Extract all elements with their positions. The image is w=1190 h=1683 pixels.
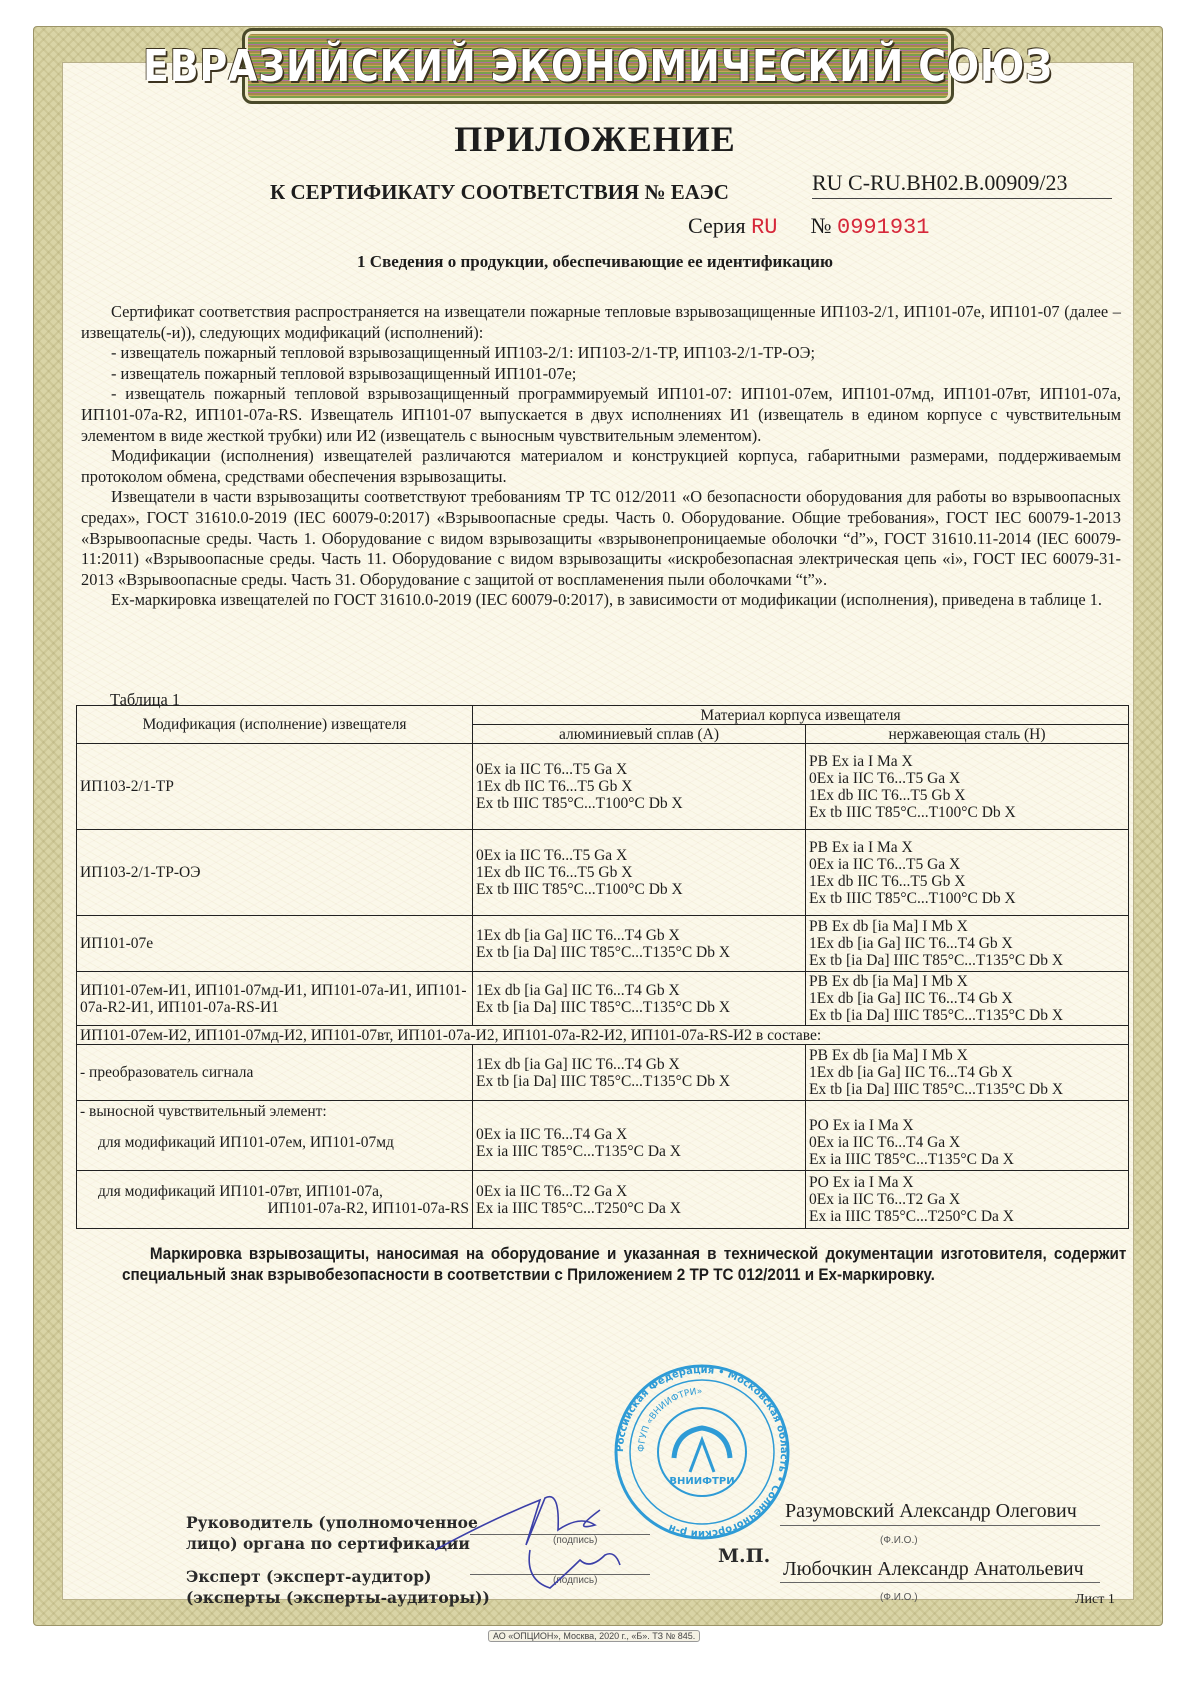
modification-cell: ИП103-2/1-ТР (77, 744, 473, 830)
number-label: № (811, 213, 832, 238)
table-row: - выносной чувствительный элемент: для м… (77, 1101, 1129, 1171)
span-cell: ИП101-07ем-И2, ИП101-07мд-И2, ИП101-07вт… (77, 1026, 1129, 1045)
marking-line: Ex ia IIIC T85°C...T250°C Da X (476, 1200, 802, 1217)
banner-text: ЕВРАЗИЙСКИЙ ЭКОНОМИЧЕСКИЙ СОЮЗ (143, 41, 1053, 92)
steel-cell: PB Ex db [ia Ma] I Mb X1Ex db [ia Ga] II… (806, 1045, 1129, 1101)
header-material: Материал корпуса извещателя (473, 706, 1129, 725)
series-label: Серия (688, 213, 746, 238)
marking-line: PB Ex ia I Ma X (809, 753, 1125, 770)
table-row: ИП103-2/1-ТР 0Ex ia IIC T6...T5 Ga X1Ex … (77, 744, 1129, 830)
table-row: ИП101-07е 1Ex db [ia Ga] IIC T6...T4 Gb … (77, 916, 1129, 972)
marking-line: 1Ex db IIC T6...T5 Gb X (476, 778, 802, 795)
seal-label: М.П. (718, 1546, 770, 1567)
marking-line: 1Ex db [ia Ga] IIC T6...T4 Gb X (809, 1064, 1125, 1081)
marking-line: Ex tb IIIC T85°C...T100°C Db X (476, 881, 802, 898)
paragraph: Модификации (исполнения) извещателей раз… (81, 446, 1121, 487)
marking-line: Ex tb IIIC T85°C...T100°C Db X (809, 804, 1125, 821)
marking-line: 0Ex ia IIC T6...T4 Ga X (809, 1134, 1125, 1151)
paragraph: Извещатели в части взрывозащиты соответс… (81, 487, 1121, 590)
aluminium-cell: 0Ex ia IIC T6...T2 Ga XEx ia IIIC T85°C.… (473, 1171, 806, 1229)
paragraph: - извещатель пожарный тепловой взрывозащ… (81, 343, 1121, 364)
marking-line: Ex tb [ia Da] IIIC T85°C...T135°C Db X (809, 952, 1125, 969)
marking-line: 1Ex db [ia Ga] IIC T6...T4 Gb X (476, 982, 802, 999)
paragraph: Ех-маркировка извещателей по ГОСТ 31610.… (81, 590, 1121, 611)
marking-line: PB Ex db [ia Ma] I Mb X (809, 973, 1125, 990)
remote-mod: ИП101-07а-R2, ИП101-07а-RS (80, 1200, 469, 1217)
sheet-number: Лист 1 (1075, 1592, 1115, 1608)
section-heading: 1 Сведения о продукции, обеспечивающие е… (0, 252, 1190, 272)
remote-mod: для модификаций ИП101-07ем, ИП101-07мд (80, 1120, 469, 1151)
marking-statement: Маркировка взрывозащиты, наносимая на об… (122, 1244, 1126, 1286)
ex-marking-table: Модификация (исполнение) извещателя Мате… (76, 705, 1129, 1229)
cert-label: К СЕРТИФИКАТУ СООТВЕТСТВИЯ № ЕАЭС (270, 180, 729, 205)
marking-line: 1Ex db [ia Ga] IIC T6...T4 Gb X (809, 935, 1125, 952)
aluminium-cell: 0Ex ia IIC T6...T4 Ga XEx ia IIIC T85°C.… (473, 1101, 806, 1171)
section-body: Сертификат соответствия распространяется… (81, 302, 1121, 611)
marking-line: 1Ex db [ia Ga] IIC T6...T4 Gb X (809, 990, 1125, 1007)
marking-line: 0Ex ia IIC T6...T5 Ga X (476, 761, 802, 778)
marking-line: 1Ex db IIC T6...T5 Gb X (809, 873, 1125, 890)
table-row: - преобразователь сигнала 1Ex db [ia Ga]… (77, 1045, 1129, 1101)
steel-cell: PB Ex ia I Ma X0Ex ia IIC T6...T5 Ga X1E… (806, 830, 1129, 916)
marking-line: 1Ex db [ia Ga] IIC T6...T4 Gb X (476, 927, 802, 944)
marking-line: 0Ex ia IIC T6...T5 Ga X (809, 770, 1125, 787)
marking-line: PB Ex db [ia Ma] I Mb X (809, 1047, 1125, 1064)
marking-line: 1Ex db IIC T6...T5 Gb X (476, 864, 802, 881)
marking-line: Ex tb [ia Da] IIIC T85°C...T135°C Db X (476, 944, 802, 961)
fio-hint: (Ф.И.О.) (880, 1592, 918, 1603)
marking-line: PB Ex ia I Ma X (809, 839, 1125, 856)
table-row: ИП101-07ем-И1, ИП101-07мд-И1, ИП101-07а-… (77, 972, 1129, 1026)
marking-line: Ex tb [ia Da] IIIC T85°C...T135°C Db X (476, 1073, 802, 1090)
aluminium-cell: 0Ex ia IIC T6...T5 Ga X1Ex db IIC T6...T… (473, 744, 806, 830)
printer-imprint: АО «ОПЦИОН», Москва, 2020 г., «Б». ТЗ № … (488, 1630, 700, 1642)
marking-line: Ex tb [ia Da] IIIC T85°C...T135°C Db X (809, 1081, 1125, 1098)
marking-line: Ex tb [ia Da] IIIC T85°C...T135°C Db X (476, 999, 802, 1016)
steel-cell: PO Ex ia I Ma X0Ex ia IIC T6...T2 Ga XEx… (806, 1171, 1129, 1229)
head-name: Разумовский Александр Олегович (785, 1500, 1077, 1523)
paragraph: - извещатель пожарный тепловой взрывозащ… (81, 384, 1121, 446)
marking-line: Ex tb IIIC T85°C...T100°C Db X (476, 795, 802, 812)
steel-cell: PB Ex db [ia Ma] I Mb X1Ex db [ia Ga] II… (806, 972, 1129, 1026)
marking-line: Ex tb IIIC T85°C...T100°C Db X (809, 890, 1125, 907)
table-row: для модификаций ИП101-07вт, ИП101-07а, И… (77, 1171, 1129, 1229)
series-value: RU (751, 215, 777, 240)
page-title: ПРИЛОЖЕНИЕ (0, 118, 1190, 160)
paragraph: Сертификат соответствия распространяется… (81, 302, 1121, 343)
modification-cell: ИП101-07е (77, 916, 473, 972)
modification-cell: для модификаций ИП101-07вт, ИП101-07а, И… (77, 1171, 473, 1229)
marking-line: 0Ex ia IIC T6...T2 Ga X (809, 1191, 1125, 1208)
steel-cell: PB Ex ia I Ma X0Ex ia IIC T6...T5 Ga X1E… (806, 744, 1129, 830)
marking-line: Ex ia IIIC T85°C...T250°C Da X (809, 1208, 1125, 1225)
modification-cell: - преобразователь сигнала (77, 1045, 473, 1101)
marking-line: 1Ex db [ia Ga] IIC T6...T4 Gb X (476, 1056, 802, 1073)
steel-cell: PB Ex db [ia Ma] I Mb X1Ex db [ia Ga] II… (806, 916, 1129, 972)
aluminium-cell: 1Ex db [ia Ga] IIC T6...T4 Gb XEx tb [ia… (473, 916, 806, 972)
paragraph: - извещатель пожарный тепловой взрывозащ… (81, 364, 1121, 385)
header-aluminium: алюминиевый сплав (А) (473, 725, 806, 744)
header-modification: Модификация (исполнение) извещателя (77, 706, 473, 744)
svg-text:ВНИИФТРИ: ВНИИФТРИ (669, 1476, 734, 1487)
expert-name: Любочкин Александр Анатольевич (783, 1558, 1084, 1581)
marking-line: 0Ex ia IIC T6...T2 Ga X (476, 1183, 802, 1200)
marking-line: 0Ex ia IIC T6...T5 Ga X (476, 847, 802, 864)
header-steel: нержавеющая сталь (Н) (806, 725, 1129, 744)
table-span-row: ИП101-07ем-И2, ИП101-07мд-И2, ИП101-07вт… (77, 1026, 1129, 1045)
remote-mod: для модификаций ИП101-07вт, ИП101-07а, (80, 1183, 469, 1200)
number-value: 0991931 (837, 215, 929, 240)
series-line: Серия RU № 0991931 (688, 213, 929, 240)
modification-cell: ИП103-2/1-ТР-ОЭ (77, 830, 473, 916)
marking-line: PO Ex ia I Ma X (809, 1117, 1125, 1134)
marking-line: Ex ia IIIC T85°C...T135°C Da X (809, 1151, 1125, 1168)
modification-cell: - выносной чувствительный элемент: для м… (77, 1101, 473, 1171)
marking-line: 0Ex ia IIC T6...T5 Ga X (809, 856, 1125, 873)
aluminium-cell: 1Ex db [ia Ga] IIC T6...T4 Gb XEx tb [ia… (473, 972, 806, 1026)
fio-line (780, 1582, 1100, 1583)
statement-text: Маркировка взрывозащиты, наносимая на об… (122, 1244, 1126, 1286)
table-header-row: Модификация (исполнение) извещателя Мате… (77, 706, 1129, 725)
marking-line: PB Ex db [ia Ma] I Mb X (809, 918, 1125, 935)
signature-scribble-icon (430, 1470, 640, 1600)
marking-line: 1Ex db IIC T6...T5 Gb X (809, 787, 1125, 804)
marking-line: Ex tb [ia Da] IIIC T85°C...T135°C Db X (809, 1007, 1125, 1024)
eaeu-banner: ЕВРАЗИЙСКИЙ ЭКОНОМИЧЕСКИЙ СОЮЗ (242, 28, 954, 104)
fio-line (780, 1525, 1100, 1526)
steel-cell: PO Ex ia I Ma X0Ex ia IIC T6...T4 Ga XEx… (806, 1101, 1129, 1171)
marking-line: 0Ex ia IIC T6...T4 Ga X (476, 1126, 802, 1143)
aluminium-cell: 1Ex db [ia Ga] IIC T6...T4 Gb XEx tb [ia… (473, 1045, 806, 1101)
remote-title: - выносной чувствительный элемент: (80, 1103, 469, 1120)
table-row: ИП103-2/1-ТР-ОЭ 0Ex ia IIC T6...T5 Ga X1… (77, 830, 1129, 916)
marking-line: Ex ia IIIC T85°C...T135°C Da X (476, 1143, 802, 1160)
aluminium-cell: 0Ex ia IIC T6...T5 Ga X1Ex db IIC T6...T… (473, 830, 806, 916)
modification-cell: ИП101-07ем-И1, ИП101-07мд-И1, ИП101-07а-… (77, 972, 473, 1026)
marking-line: PO Ex ia I Ma X (809, 1174, 1125, 1191)
cert-number: RU C-RU.ВН02.В.00909/23 (812, 170, 1112, 199)
fio-hint: (Ф.И.О.) (880, 1535, 918, 1546)
